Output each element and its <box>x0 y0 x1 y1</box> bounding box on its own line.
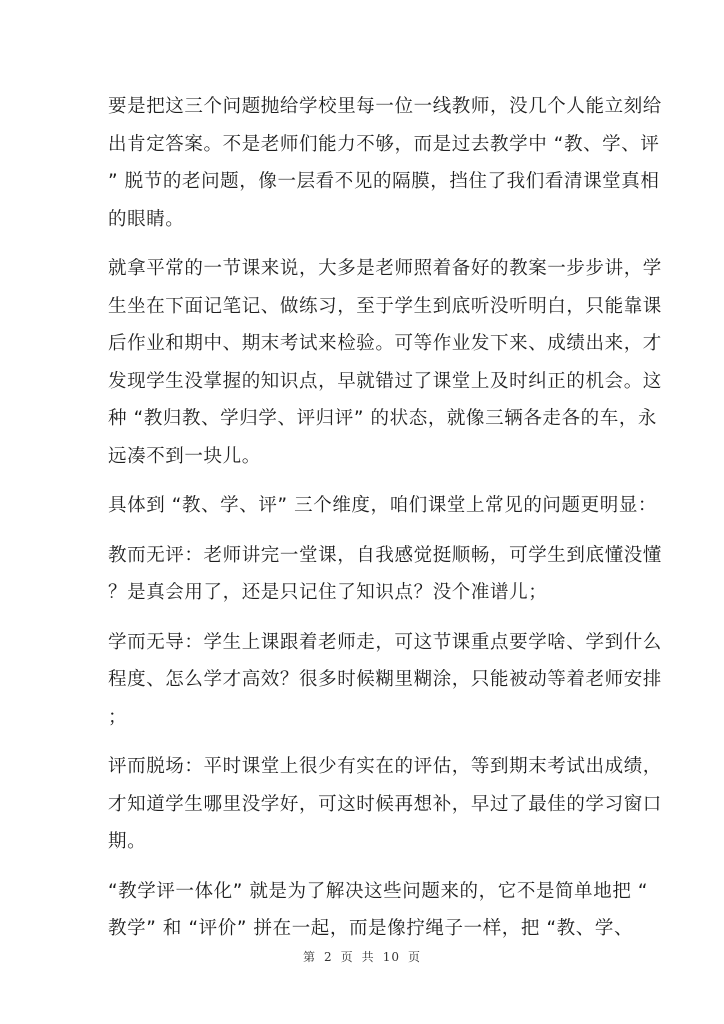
text-line: 远凑不到一块儿。 <box>108 438 608 476</box>
paragraph-teach-without-eval: 教而无评：老师讲完一堂课，自我感觉挺顺畅，可学生到底懂没懂 ？是真会用了，还是只… <box>108 537 608 612</box>
page-footer-prefix: 第 <box>303 950 316 964</box>
text-line: 后作业和期中、期末考试来检验。可等作业发下来、成绩出来，才 <box>108 325 608 363</box>
total-pages-number: 10 <box>383 950 400 964</box>
text-line: 才知道学生哪里没学好，可这时候再想补，早过了最佳的学习窗口 <box>108 786 608 824</box>
text-line: 生坐在下面记笔记、做练习，至于学生到底听没听明白，只能靠课 <box>108 288 608 326</box>
text-line: 期。 <box>108 823 608 861</box>
paragraph-typical-class: 就拿平常的一节课来说，大多是老师照着备好的教案一步步讲，学 生坐在下面记笔记、做… <box>108 250 608 475</box>
text-line: 种 “教归教、学归学、评归评” 的状态，就像三辆各走各的车，永 <box>108 400 608 438</box>
paragraph-eval-detached: 评而脱场：平时课堂上很少有实在的评估，等到期末考试出成绩， 才知道学生哪里没学好… <box>108 748 608 861</box>
document-body: 要是把这三个问题抛给学校里每一位一线教师，没几个人能立刻给 出肯定答案。不是老师… <box>108 88 608 960</box>
paragraph-integration: “教学评一体化” 就是为了解决这些问题来的，它不是简单地把 “ 教学” 和 “评… <box>108 873 608 948</box>
page-footer-page-word: 页 <box>341 950 354 964</box>
document-page: 要是把这三个问题抛给学校里每一位一线教师，没几个人能立刻给 出肯定答案。不是老师… <box>0 0 724 1024</box>
current-page-number: 2 <box>324 950 333 964</box>
text-line: 发现学生没掌握的知识点，早就错过了课堂上及时纠正的机会。这 <box>108 363 608 401</box>
text-line: 程度、怎么学才高效？很多时候糊里糊涂，只能被动等着老师安排 <box>108 661 608 699</box>
text-line: 出肯定答案。不是老师们能力不够，而是过去教学中 “教、学、评 <box>108 126 608 164</box>
text-line: 的眼睛。 <box>108 201 608 239</box>
text-line: 具体到 “教、学、评” 三个维度，咱们课堂上常见的问题更明显： <box>108 487 608 525</box>
text-line: 评而脱场：平时课堂上很少有实在的评估，等到期末考试出成绩， <box>108 748 608 786</box>
page-footer: 第2页共10页 <box>0 948 724 965</box>
paragraph-learn-without-guide: 学而无导：学生上课跟着老师走，可这节课重点要学啥、学到什么 程度、怎么学才高效？… <box>108 624 608 737</box>
text-line: ； <box>108 699 608 737</box>
page-footer-total-word: 共 <box>362 950 375 964</box>
text-line: 教学” 和 “评价” 拼在一起，而是像拧绳子一样，把 “教、学、 <box>108 910 608 948</box>
text-line: 要是把这三个问题抛给学校里每一位一线教师，没几个人能立刻给 <box>108 88 608 126</box>
paragraph-intro: 要是把这三个问题抛给学校里每一位一线教师，没几个人能立刻给 出肯定答案。不是老师… <box>108 88 608 238</box>
text-line: 教而无评：老师讲完一堂课，自我感觉挺顺畅，可学生到底懂没懂 <box>108 537 608 575</box>
text-line: 学而无导：学生上课跟着老师走，可这节课重点要学啥、学到什么 <box>108 624 608 662</box>
page-footer-suffix: 页 <box>408 950 421 964</box>
text-line: ？是真会用了，还是只记住了知识点？没个准谱儿； <box>108 574 608 612</box>
text-line: ” 脱节的老问题，像一层看不见的隔膜，挡住了我们看清课堂真相 <box>108 163 608 201</box>
text-line: 就拿平常的一节课来说，大多是老师照着备好的教案一步步讲，学 <box>108 250 608 288</box>
text-line: “教学评一体化” 就是为了解决这些问题来的，它不是简单地把 “ <box>108 873 608 911</box>
paragraph-three-dimensions: 具体到 “教、学、评” 三个维度，咱们课堂上常见的问题更明显： <box>108 487 608 525</box>
